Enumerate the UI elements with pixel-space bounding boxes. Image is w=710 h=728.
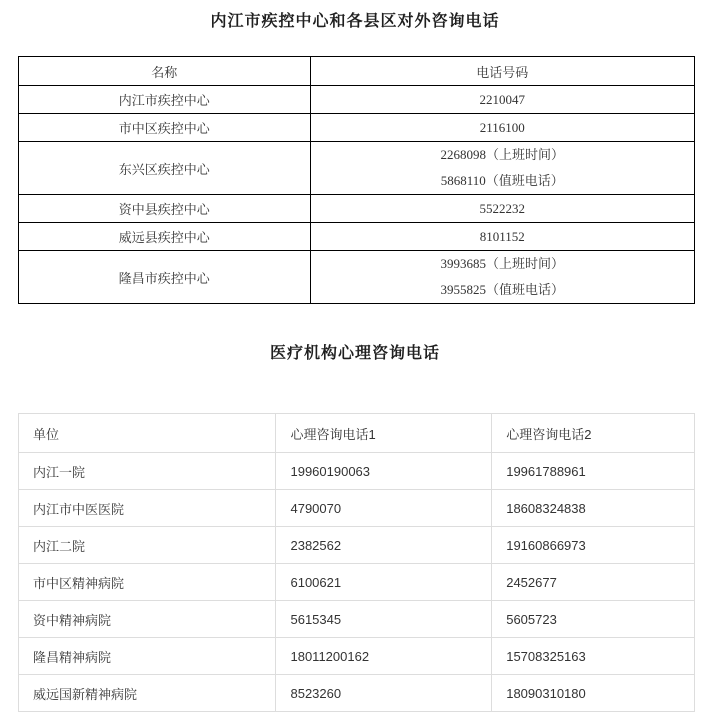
- unit-cell: 资中精神病院: [19, 601, 276, 638]
- phone1-cell: 2382562: [276, 527, 492, 564]
- table-row: 威远国新精神病院 8523260 18090310180: [19, 675, 695, 712]
- phone-cell: 8101152: [310, 223, 694, 251]
- unit-cell: 内江市中医医院: [19, 490, 276, 527]
- cdc-phone-table: 名称 电话号码 内江市疾控中心 2210047 市中区疾控中心 2116100 …: [18, 56, 695, 304]
- med-col-header-phone1: 心理咨询电话1: [276, 414, 492, 453]
- table-row: 内江市中医医院 4790070 18608324838: [19, 490, 695, 527]
- phone-line-duty: 5868110（值班电话）: [311, 168, 694, 194]
- table-row: 隆昌市疾控中心 3993685（上班时间） 3955825（值班电话）: [19, 251, 695, 304]
- phone1-cell: 19960190063: [276, 453, 492, 490]
- org-name-cell: 东兴区疾控中心: [19, 142, 311, 195]
- phone-cell: 2116100: [310, 114, 694, 142]
- phone2-cell: 19160866973: [492, 527, 695, 564]
- phone-line-duty: 3955825（值班电话）: [311, 277, 694, 303]
- phone1-cell: 5615345: [276, 601, 492, 638]
- phone-cell: 3993685（上班时间） 3955825（值班电话）: [310, 251, 694, 304]
- phone1-cell: 18011200162: [276, 638, 492, 675]
- unit-cell: 隆昌精神病院: [19, 638, 276, 675]
- phone2-cell: 18090310180: [492, 675, 695, 712]
- phone2-cell: 2452677: [492, 564, 695, 601]
- phone2-cell: 18608324838: [492, 490, 695, 527]
- table-row: 内江二院 2382562 19160866973: [19, 527, 695, 564]
- phone2-cell: 5605723: [492, 601, 695, 638]
- org-name-cell: 资中县疾控中心: [19, 195, 311, 223]
- phone1-cell: 4790070: [276, 490, 492, 527]
- phone1-cell: 6100621: [276, 564, 492, 601]
- unit-cell: 威远国新精神病院: [19, 675, 276, 712]
- phone2-cell: 19961788961: [492, 453, 695, 490]
- unit-cell: 市中区精神病院: [19, 564, 276, 601]
- cdc-col-header-phone: 电话号码: [310, 57, 694, 86]
- org-name-cell: 隆昌市疾控中心: [19, 251, 311, 304]
- cdc-col-header-name: 名称: [19, 57, 311, 86]
- unit-cell: 内江一院: [19, 453, 276, 490]
- org-name-cell: 威远县疾控中心: [19, 223, 311, 251]
- phone-cell: 2210047: [310, 86, 694, 114]
- phone-cell: 5522232: [310, 195, 694, 223]
- table-row: 隆昌精神病院 18011200162 15708325163: [19, 638, 695, 675]
- cdc-table-header-row: 名称 电话号码: [19, 57, 695, 86]
- med-table-header-row: 单位 心理咨询电话1 心理咨询电话2: [19, 414, 695, 453]
- phone-line-work: 3993685（上班时间）: [311, 251, 694, 277]
- med-col-header-phone2: 心理咨询电话2: [492, 414, 695, 453]
- phone2-cell: 15708325163: [492, 638, 695, 675]
- page-title-medical: 医疗机构心理咨询电话: [0, 345, 710, 362]
- unit-cell: 内江二院: [19, 527, 276, 564]
- org-name-cell: 市中区疾控中心: [19, 114, 311, 142]
- phone-line-work: 2268098（上班时间）: [311, 142, 694, 168]
- table-row: 东兴区疾控中心 2268098（上班时间） 5868110（值班电话）: [19, 142, 695, 195]
- table-row: 市中区疾控中心 2116100: [19, 114, 695, 142]
- med-col-header-unit: 单位: [19, 414, 276, 453]
- page-title-cdc: 内江市疾控中心和各县区对外咨询电话: [0, 0, 710, 30]
- table-row: 内江市疾控中心 2210047: [19, 86, 695, 114]
- table-row: 资中精神病院 5615345 5605723: [19, 601, 695, 638]
- table-row: 内江一院 19960190063 19961788961: [19, 453, 695, 490]
- org-name-cell: 内江市疾控中心: [19, 86, 311, 114]
- table-row: 市中区精神病院 6100621 2452677: [19, 564, 695, 601]
- table-row: 威远县疾控中心 8101152: [19, 223, 695, 251]
- phone1-cell: 8523260: [276, 675, 492, 712]
- table-row: 资中县疾控中心 5522232: [19, 195, 695, 223]
- phone-cell: 2268098（上班时间） 5868110（值班电话）: [310, 142, 694, 195]
- medical-phone-table: 单位 心理咨询电话1 心理咨询电话2 内江一院 19960190063 1996…: [18, 413, 695, 712]
